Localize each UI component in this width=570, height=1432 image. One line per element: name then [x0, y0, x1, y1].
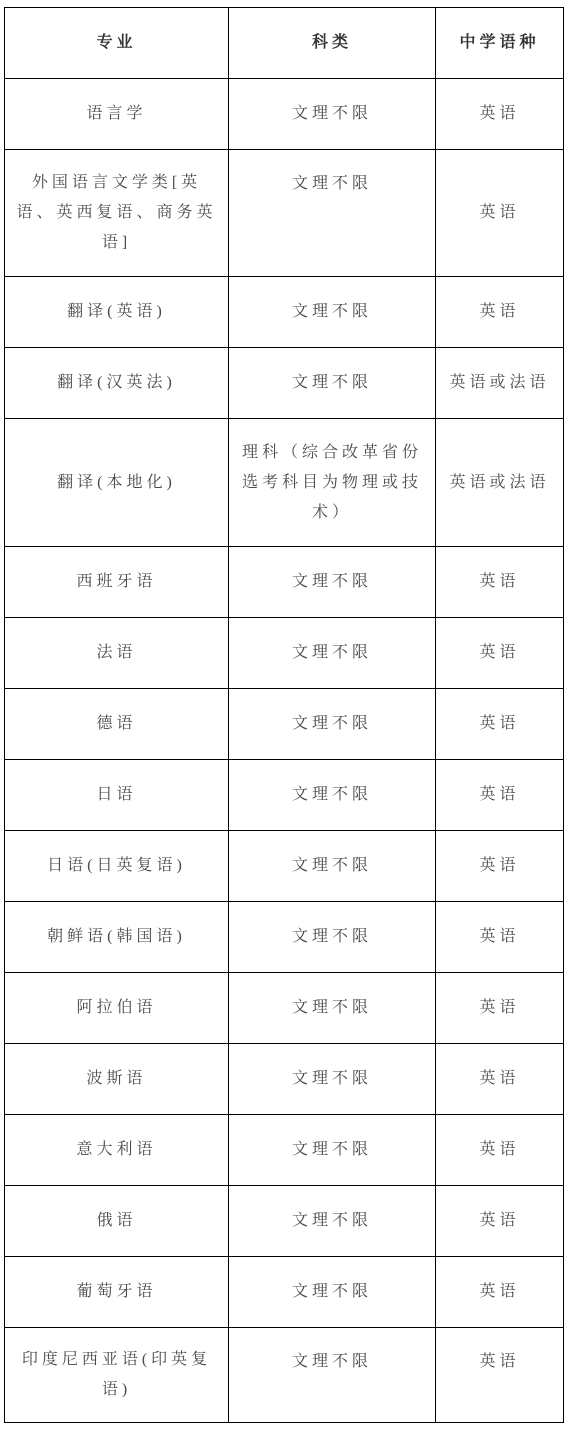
cell-category: 文理不限 — [229, 902, 436, 973]
table-row: 葡萄牙语 文理不限 英语 — [5, 1257, 564, 1328]
cell-language: 英语 — [436, 902, 564, 973]
cell-language: 英语 — [436, 277, 564, 348]
cell-language: 英语 — [436, 1328, 564, 1423]
cell-category: 文理不限 — [229, 689, 436, 760]
cell-category: 文理不限 — [229, 1328, 436, 1423]
cell-category: 文理不限 — [229, 831, 436, 902]
cell-major: 翻译(英语) — [5, 277, 229, 348]
table-row: 朝鲜语(韩国语) 文理不限 英语 — [5, 902, 564, 973]
cell-language: 英语 — [436, 150, 564, 277]
cell-major: 日语(日英复语) — [5, 831, 229, 902]
cell-language: 英语 — [436, 831, 564, 902]
cell-language: 英语 — [436, 689, 564, 760]
cell-category: 文理不限 — [229, 547, 436, 618]
cell-category: 文理不限 — [229, 973, 436, 1044]
cell-category: 文理不限 — [229, 1257, 436, 1328]
table-row: 意大利语 文理不限 英语 — [5, 1115, 564, 1186]
cell-language: 英语 — [436, 973, 564, 1044]
table-row: 法语 文理不限 英语 — [5, 618, 564, 689]
table-row: 翻译(汉英法) 文理不限 英语或法语 — [5, 348, 564, 419]
cell-language: 英语 — [436, 547, 564, 618]
cell-major: 葡萄牙语 — [5, 1257, 229, 1328]
table-row: 德语 文理不限 英语 — [5, 689, 564, 760]
header-major: 专业 — [5, 8, 229, 79]
table-row: 日语 文理不限 英语 — [5, 760, 564, 831]
cell-major: 意大利语 — [5, 1115, 229, 1186]
cell-category: 文理不限 — [229, 79, 436, 150]
cell-language: 英语 — [436, 1115, 564, 1186]
cell-major: 语言学 — [5, 79, 229, 150]
cell-major: 俄语 — [5, 1186, 229, 1257]
cell-major: 翻译(本地化) — [5, 419, 229, 547]
cell-category: 文理不限 — [229, 348, 436, 419]
table-row: 阿拉伯语 文理不限 英语 — [5, 973, 564, 1044]
table-row: 翻译(本地化) 理科（综合改革省份 选考科目为物理或技 术） 英语或法语 — [5, 419, 564, 547]
table-row: 印度尼西亚语(印英复 语) 文理不限 英语 — [5, 1328, 564, 1423]
table-row: 外国语言文学类[英 语、英西复语、商务英 语] 文理不限 英语 — [5, 150, 564, 277]
cell-language: 英语或法语 — [436, 419, 564, 547]
cell-category: 文理不限 — [229, 277, 436, 348]
table-row: 语言学 文理不限 英语 — [5, 79, 564, 150]
cell-major: 翻译(汉英法) — [5, 348, 229, 419]
cell-category: 文理不限 — [229, 1115, 436, 1186]
cell-major: 法语 — [5, 618, 229, 689]
table-row: 翻译(英语) 文理不限 英语 — [5, 277, 564, 348]
cell-major: 朝鲜语(韩国语) — [5, 902, 229, 973]
cell-category: 理科（综合改革省份 选考科目为物理或技 术） — [229, 419, 436, 547]
cell-category: 文理不限 — [229, 150, 436, 277]
cell-major: 德语 — [5, 689, 229, 760]
cell-language: 英语 — [436, 1044, 564, 1115]
table-row: 俄语 文理不限 英语 — [5, 1186, 564, 1257]
admissions-majors-table: 专业 科类 中学语种 语言学 文理不限 英语 外国语言文学类[英 语、英西复语、… — [4, 7, 564, 1423]
cell-major: 波斯语 — [5, 1044, 229, 1115]
cell-major: 外国语言文学类[英 语、英西复语、商务英 语] — [5, 150, 229, 277]
cell-language: 英语 — [436, 1257, 564, 1328]
cell-major: 阿拉伯语 — [5, 973, 229, 1044]
table-row: 日语(日英复语) 文理不限 英语 — [5, 831, 564, 902]
cell-language: 英语 — [436, 79, 564, 150]
cell-language: 英语 — [436, 760, 564, 831]
table-row: 西班牙语 文理不限 英语 — [5, 547, 564, 618]
cell-category: 文理不限 — [229, 1044, 436, 1115]
table-row: 波斯语 文理不限 英语 — [5, 1044, 564, 1115]
cell-language: 英语 — [436, 1186, 564, 1257]
cell-language: 英语 — [436, 618, 564, 689]
header-category: 科类 — [229, 8, 436, 79]
header-language: 中学语种 — [436, 8, 564, 79]
cell-major: 日语 — [5, 760, 229, 831]
cell-category: 文理不限 — [229, 1186, 436, 1257]
cell-major: 西班牙语 — [5, 547, 229, 618]
cell-category: 文理不限 — [229, 618, 436, 689]
cell-language: 英语或法语 — [436, 348, 564, 419]
cell-category: 文理不限 — [229, 760, 436, 831]
cell-major: 印度尼西亚语(印英复 语) — [5, 1328, 229, 1423]
table-header-row: 专业 科类 中学语种 — [5, 8, 564, 79]
